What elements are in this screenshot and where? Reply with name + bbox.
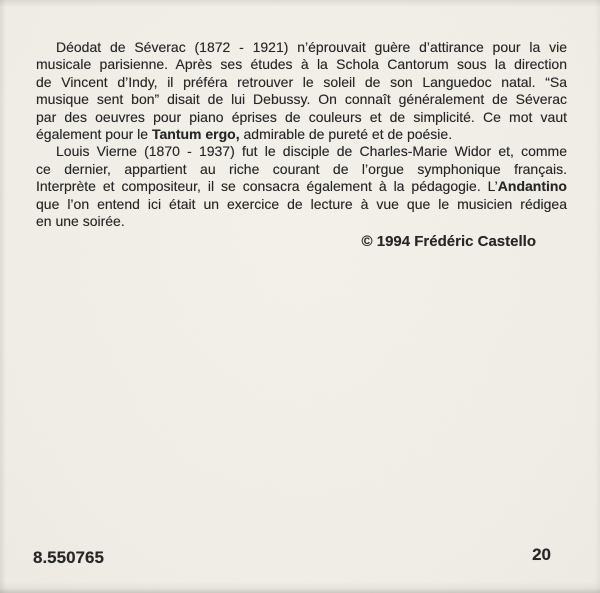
scan-edge-left bbox=[0, 0, 6, 593]
liner-notes-paragraphs: Déodat de Séverac (1872 - 1921) n’éprouv… bbox=[36, 39, 567, 230]
text-segment: par des oeuvres pour piano éprises de co… bbox=[36, 109, 567, 125]
page-number: 20 bbox=[532, 546, 551, 563]
text-segment: musique sent bon” disait de lui Debussy.… bbox=[36, 91, 567, 107]
text-line: musicale parisienne. Après ses études à … bbox=[36, 56, 567, 73]
text-segment: Andantino bbox=[498, 178, 567, 194]
text-line: en une soirée. bbox=[36, 213, 567, 230]
text-segment: que l’on entend ici était un exercice de… bbox=[36, 196, 567, 212]
text-line: musique sent bon” disait de lui Debussy.… bbox=[36, 91, 567, 108]
catalog-number: 8.550765 bbox=[33, 549, 104, 566]
text-segment: ce dernier, appartient au riche courant … bbox=[36, 161, 567, 177]
booklet-page: Déodat de Séverac (1872 - 1921) n’éprouv… bbox=[0, 0, 600, 593]
text-line: par des oeuvres pour piano éprises de co… bbox=[36, 109, 567, 126]
scan-edge-top bbox=[0, 0, 600, 7]
text-line: de Vincent d’Indy, il préféra retrouver … bbox=[36, 74, 567, 91]
text-segment: Interprète et compositeur, il se consacr… bbox=[36, 178, 498, 194]
text-line: Interprète et compositeur, il se consacr… bbox=[36, 178, 567, 195]
text-line: Louis Vierne (1870 - 1937) fut le discip… bbox=[36, 143, 567, 160]
copyright-credit: © 1994 Frédéric Castello bbox=[36, 233, 567, 250]
text-segment: de Vincent d’Indy, il préféra retrouver … bbox=[36, 74, 567, 90]
text-line: que l’on entend ici était un exercice de… bbox=[36, 196, 567, 213]
text-segment: musicale parisienne. Après ses études à … bbox=[36, 56, 567, 72]
text-segment: Déodat de Séverac (1872 - 1921) n’éprouv… bbox=[56, 39, 567, 55]
scan-edge-right bbox=[595, 0, 600, 593]
text-line: également pour le Tantum ergo, admirable… bbox=[36, 126, 567, 143]
text-line: ce dernier, appartient au riche courant … bbox=[36, 161, 567, 178]
text-segment: également pour le bbox=[36, 126, 152, 142]
scan-edge-bottom bbox=[0, 582, 600, 593]
text-segment: admirable de pureté et de poésie. bbox=[240, 126, 452, 142]
text-segment: Tantum ergo, bbox=[152, 126, 240, 142]
text-line: Déodat de Séverac (1872 - 1921) n’éprouv… bbox=[36, 39, 567, 56]
text-segment: en une soirée. bbox=[36, 213, 125, 229]
liner-notes: Déodat de Séverac (1872 - 1921) n’éprouv… bbox=[36, 39, 567, 251]
text-segment: Louis Vierne (1870 - 1937) fut le discip… bbox=[56, 143, 567, 159]
